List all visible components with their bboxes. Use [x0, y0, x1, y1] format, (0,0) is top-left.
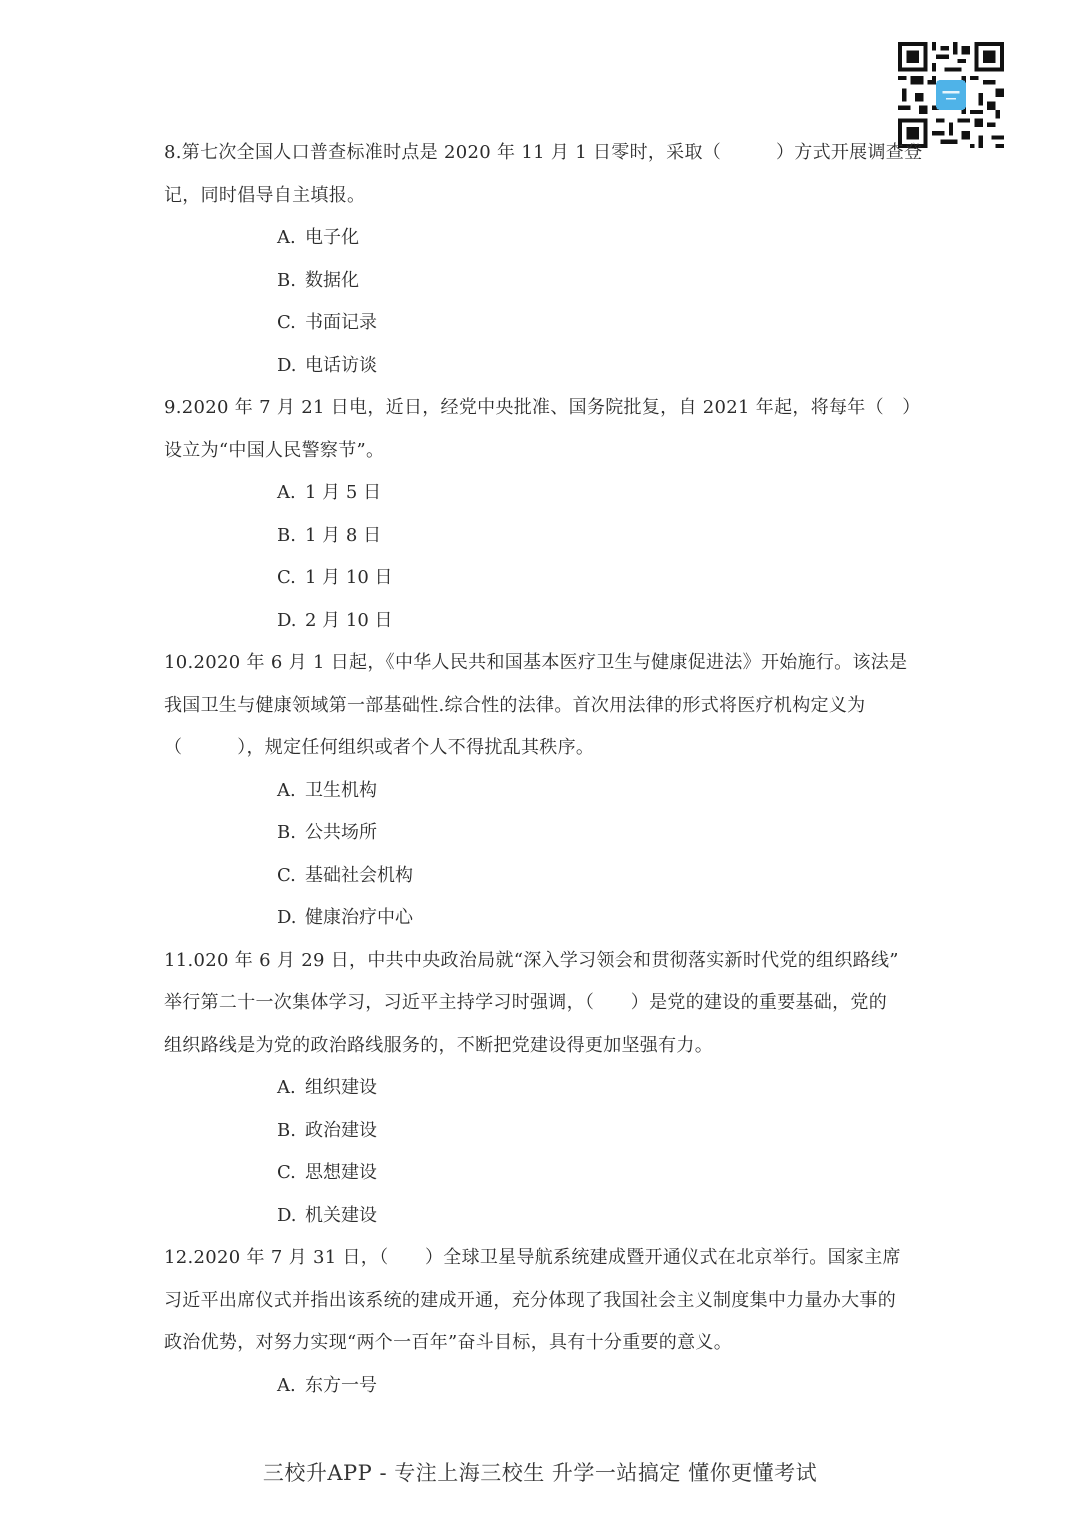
option-a: A.卫生机构 [164, 770, 924, 813]
option-letter: C. [277, 1152, 305, 1195]
footer-slogan: 三校升APP - 专注上海三校生 升学一站搞定 懂你更懂考试 [0, 1457, 1080, 1487]
question-text-line: 记，同时倡导自主填报。 [164, 175, 924, 218]
option-letter: A. [277, 1067, 305, 1110]
question-text-line: 组织路线是为党的政治路线服务的，不断把党建设得更加坚强有力。 [164, 1025, 924, 1068]
option-d: D.电话访谈 [164, 345, 924, 388]
option-text: 政治建设 [305, 1120, 377, 1141]
option-c: C.1 月 10 日 [164, 557, 924, 600]
question-text-line: 12.2020 年 7 月 31 日，（ ）全球卫星导航系统建成暨开通仪式在北京… [164, 1237, 924, 1280]
question-text-line: 10.2020 年 6 月 1 日起，《中华人民共和国基本医疗卫生与健康促进法》… [164, 642, 924, 685]
option-letter: B. [277, 1110, 305, 1153]
option-a: A.组织建设 [164, 1067, 924, 1110]
question-text-line: （ ），规定任何组织或者个人不得扰乱其秩序。 [164, 727, 924, 770]
question-12: 12.2020 年 7 月 31 日，（ ）全球卫星导航系统建成暨开通仪式在北京… [164, 1237, 924, 1407]
option-text: 书面记录 [305, 312, 377, 333]
option-letter: D. [277, 345, 305, 388]
option-letter: A. [277, 472, 305, 515]
option-a: A.电子化 [164, 217, 924, 260]
option-text: 健康治疗中心 [305, 907, 413, 928]
option-letter: A. [277, 770, 305, 813]
option-letter: D. [277, 1195, 305, 1238]
question-text-line: 政治优势，对努力实现“两个一百年”奋斗目标，具有十分重要的意义。 [164, 1322, 924, 1365]
option-text: 1 月 8 日 [305, 525, 381, 546]
option-letter: A. [277, 217, 305, 260]
option-text: 1 月 10 日 [305, 567, 393, 588]
option-a: A.东方一号 [164, 1365, 924, 1408]
option-letter: B. [277, 260, 305, 303]
option-c: C.思想建设 [164, 1152, 924, 1195]
option-b: B.公共场所 [164, 812, 924, 855]
question-10: 10.2020 年 6 月 1 日起，《中华人民共和国基本医疗卫生与健康促进法》… [164, 642, 924, 940]
option-text: 基础社会机构 [305, 865, 413, 886]
question-text-line: 我国卫生与健康领域第一部基础性.综合性的法律。首次用法律的形式将医疗机构定义为 [164, 685, 924, 728]
option-letter: C. [277, 557, 305, 600]
question-11: 11.020 年 6 月 29 日，中共中央政治局就“深入学习领会和贯彻落实新时… [164, 940, 924, 1238]
option-text: 卫生机构 [305, 780, 377, 801]
question-text-line: 11.020 年 6 月 29 日，中共中央政治局就“深入学习领会和贯彻落实新时… [164, 940, 924, 983]
option-text: 1 月 5 日 [305, 482, 381, 503]
question-text-line: 9.2020 年 7 月 21 日电，近日，经党中央批准、国务院批复，自 202… [164, 387, 924, 430]
option-a: A.1 月 5 日 [164, 472, 924, 515]
option-d: D.机关建设 [164, 1195, 924, 1238]
option-letter: B. [277, 812, 305, 855]
option-text: 机关建设 [305, 1205, 377, 1226]
option-letter: C. [277, 855, 305, 898]
question-text-line: 8.第七次全国人口普查标准时点是 2020 年 11 月 1 日零时，采取（ ）… [164, 132, 924, 175]
question-list: 8.第七次全国人口普查标准时点是 2020 年 11 月 1 日零时，采取（ ）… [164, 132, 924, 1407]
option-text: 公共场所 [305, 822, 377, 843]
option-letter: A. [277, 1365, 305, 1408]
option-b: B.1 月 8 日 [164, 515, 924, 558]
question-8: 8.第七次全国人口普查标准时点是 2020 年 11 月 1 日零时，采取（ ）… [164, 132, 924, 387]
question-text-line: 举行第二十一次集体学习，习近平主持学习时强调，（ ）是党的建设的重要基础，党的 [164, 982, 924, 1025]
option-c: C.基础社会机构 [164, 855, 924, 898]
option-b: B.数据化 [164, 260, 924, 303]
option-c: C.书面记录 [164, 302, 924, 345]
option-text: 电话访谈 [305, 355, 377, 376]
option-letter: B. [277, 515, 305, 558]
option-text: 电子化 [305, 227, 359, 248]
option-d: D.健康治疗中心 [164, 897, 924, 940]
option-text: 思想建设 [305, 1162, 377, 1183]
option-letter: D. [277, 600, 305, 643]
option-d: D.2 月 10 日 [164, 600, 924, 643]
option-text: 数据化 [305, 270, 359, 291]
option-b: B.政治建设 [164, 1110, 924, 1153]
option-text: 东方一号 [305, 1375, 377, 1396]
option-text: 2 月 10 日 [305, 610, 393, 631]
option-letter: D. [277, 897, 305, 940]
question-9: 9.2020 年 7 月 21 日电，近日，经党中央批准、国务院批复，自 202… [164, 387, 924, 642]
question-text-line: 设立为“中国人民警察节”。 [164, 430, 924, 473]
option-letter: C. [277, 302, 305, 345]
option-text: 组织建设 [305, 1077, 377, 1098]
question-text-line: 习近平出席仪式并指出该系统的建成开通，充分体现了我国社会主义制度集中力量办大事的 [164, 1280, 924, 1323]
